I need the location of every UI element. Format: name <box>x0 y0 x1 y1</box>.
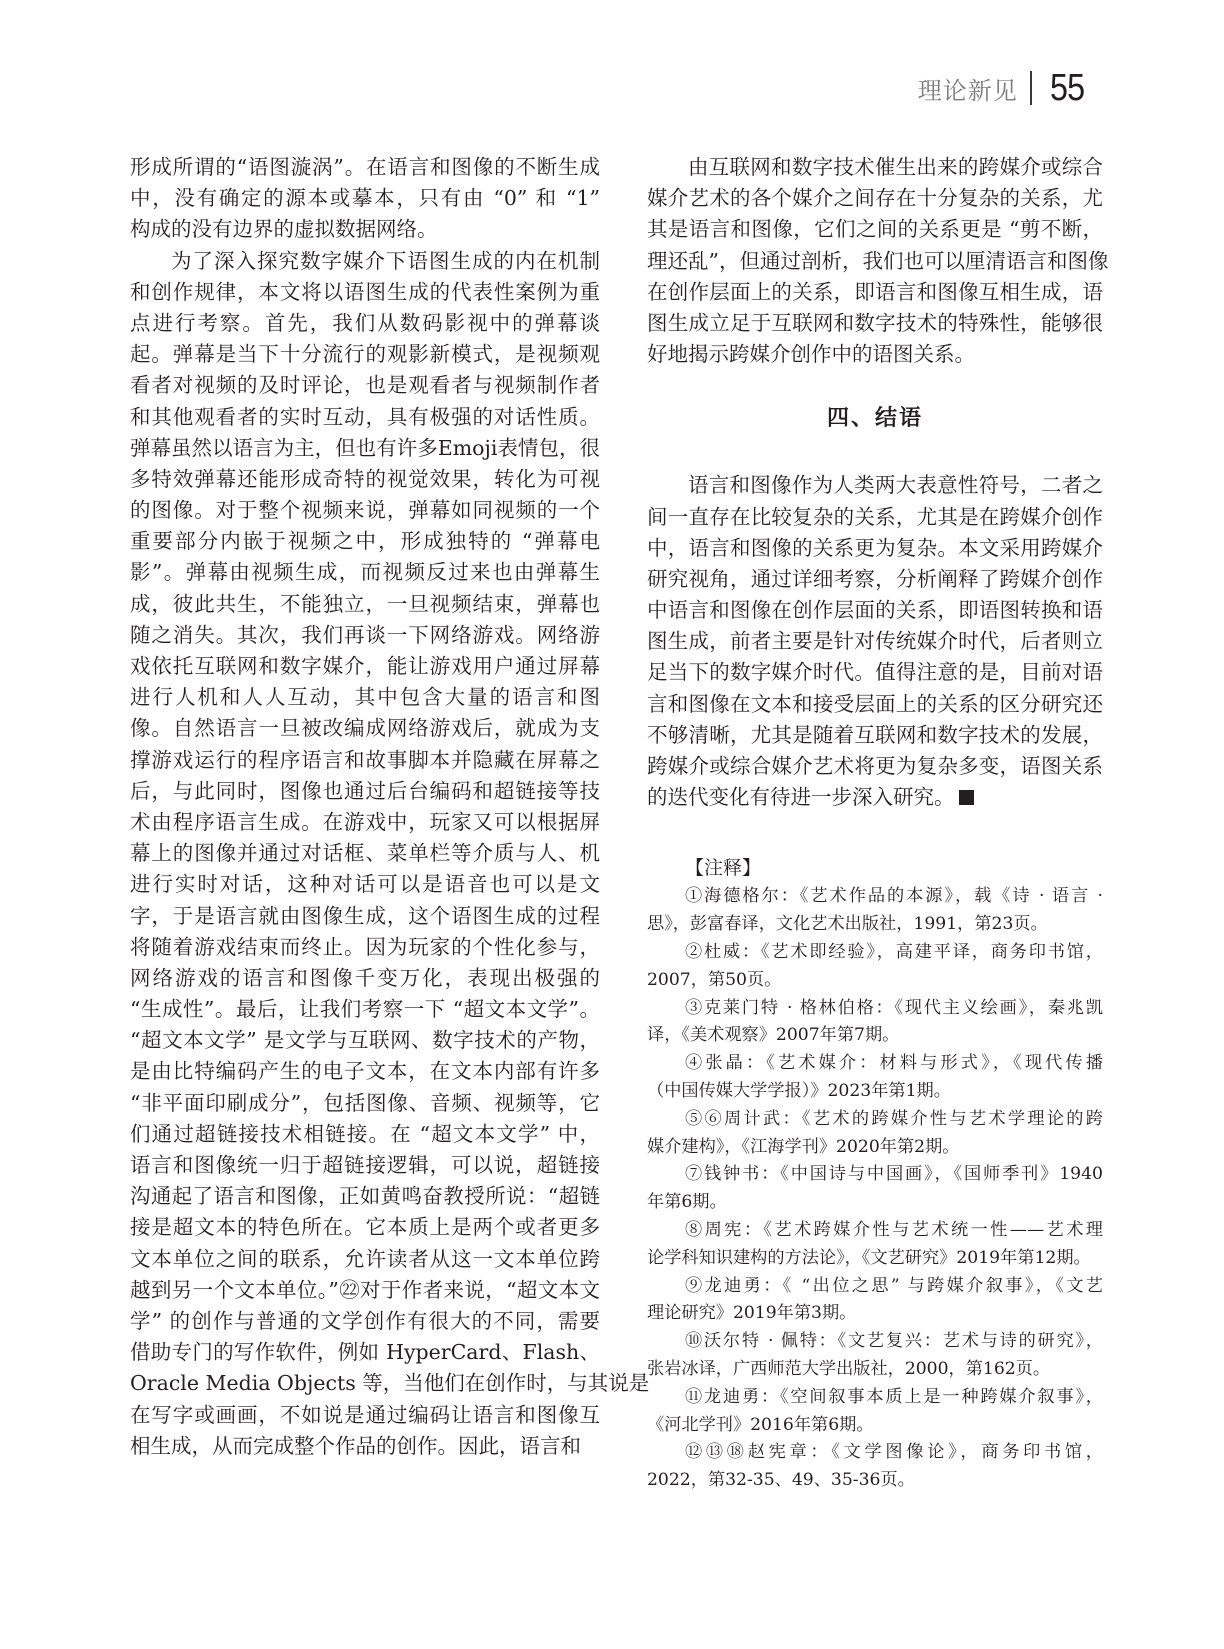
text-line: 由互联网和数字技术催生出来的跨媒介或综合 <box>647 152 1103 183</box>
note-item: ⑫⑬⑱赵宪章：《文学图像论》，商务印书馆， 2022，第32-35、49、35-… <box>647 1439 1103 1495</box>
note-line: ⑤⑥周计武：《艺术的跨媒介性与艺术学理论的跨 <box>647 1106 1103 1134</box>
text-line: 们通过超链接技术相链接。在 “超文本文学” 中， <box>130 1119 600 1150</box>
paragraph: 形成所谓的“语图漩涡”。在语言和图像的不断生成 中，没有确定的源本或摹本，只有由… <box>130 152 600 246</box>
text-line: 点进行考察。首先，我们从数码影视中的弹幕谈 <box>130 308 600 339</box>
section-name: 理论新见 <box>918 71 1018 106</box>
text-line: 学” 的创作与普通的文学创作有很大的不同，需要 <box>130 1306 600 1337</box>
note-item: ③克莱门特 · 格林伯格：《现代主义绘画》，秦兆凯 译，《美术观察》2007年第… <box>647 995 1103 1051</box>
note-item: ①海德格尔：《艺术作品的本源》，载《诗 · 语言 · 思》，彭富春译，文化艺术出… <box>647 883 1103 939</box>
text-line: 理还乱”，但通过剖析，我们也可以厘清语言和图像 <box>647 246 1103 277</box>
note-line: ②杜威：《艺术即经验》，高建平译，商务印书馆， <box>647 939 1103 967</box>
note-line: 张岩冰译，广西师范大学出版社，2000，第162页。 <box>647 1356 1103 1384</box>
text-line: 间一直存在比较复杂的关系，尤其是在跨媒介创作 <box>647 502 1103 533</box>
note-line: ⑫⑬⑱赵宪章：《文学图像论》，商务印书馆， <box>647 1439 1103 1467</box>
note-line: ⑨龙迪勇：《 “出位之思” 与跨媒介叙事》，《文艺 <box>647 1273 1103 1301</box>
text-line-with-end-mark: 的迭代变化有待进一步深入研究。 <box>647 782 1103 813</box>
text-line: 的迭代变化有待进一步深入研究。 <box>647 785 955 809</box>
note-line: 论学科知识建构的方法论》，《文艺研究》2019年第12期。 <box>647 1245 1103 1273</box>
note-item: ⑦钱钟书：《中国诗与中国画》，《国师季刊》1940 年第6期。 <box>647 1161 1103 1217</box>
text-line: 在创作层面上的关系，即语言和图像互相生成，语 <box>647 277 1103 308</box>
text-line: 进行实时对话，这种对话可以是语音也可以是文 <box>130 869 600 900</box>
notes-section: 【注释】 ①海德格尔：《艺术作品的本源》，载《诗 · 语言 · 思》，彭富春译，… <box>647 853 1103 1495</box>
note-item: ⑤⑥周计武：《艺术的跨媒介性与艺术学理论的跨 媒介建构》，《江海学刊》2020年… <box>647 1106 1103 1162</box>
note-line: ④张晶：《艺术媒介：材料与形式》，《现代传播 <box>647 1050 1103 1078</box>
paragraph: 为了深入探究数字媒介下语图生成的内在机制 和创作规律，本文将以语图生成的代表性案… <box>130 246 600 1462</box>
notes-title: 【注释】 <box>647 853 1103 883</box>
note-line: ①海德格尔：《艺术作品的本源》，载《诗 · 语言 · <box>647 883 1103 911</box>
text-line: Oracle Media Objects 等，当他们在创作时，与其说是 <box>130 1368 600 1399</box>
text-line: 媒介艺术的各个媒介之间存在十分复杂的关系，尤 <box>647 183 1103 214</box>
text-line: 中，语言和图像的关系更为复杂。本文采用跨媒介 <box>647 533 1103 564</box>
text-line: “非平面印刷成分”，包括图像、音频、视频等，它 <box>130 1088 600 1119</box>
text-line: 语言和图像统一归于超链接逻辑，可以说，超链接 <box>130 1150 600 1181</box>
note-line: 理论研究》2019年第3期。 <box>647 1300 1103 1328</box>
right-column: 由互联网和数字技术催生出来的跨媒介或综合 媒介艺术的各个媒介之间存在十分复杂的关… <box>647 152 1103 1495</box>
section-heading: 四、结语 <box>647 398 1103 440</box>
note-line: 媒介建构》，《江海学刊》2020年第2期。 <box>647 1134 1103 1162</box>
text-line: 是由比特编码产生的电子文本，在文本内部有许多 <box>130 1056 600 1087</box>
note-item: ④张晶：《艺术媒介：材料与形式》，《现代传播 （中国传媒大学学报）》2023年第… <box>647 1050 1103 1106</box>
note-line: （中国传媒大学学报）》2023年第1期。 <box>647 1078 1103 1106</box>
text-line: 足当下的数字媒介时代。值得注意的是，目前对语 <box>647 657 1103 688</box>
text-line: “生成性”。最后，让我们考察一下 “超文本文学”。 <box>130 994 600 1025</box>
text-line: 弹幕虽然以语言为主，但也有许多Emoji表情包，很 <box>130 433 600 464</box>
text-line: 不够清晰，尤其是随着互联网和数字技术的发展， <box>647 720 1103 751</box>
text-line: 网络游戏的语言和图像千变万化，表现出极强的 <box>130 963 600 994</box>
text-line: 字，于是语言就由图像生成，这个语图生成的过程 <box>130 901 600 932</box>
text-line: 戏依托互联网和数字媒介，能让游戏用户通过屏幕 <box>130 651 600 682</box>
note-item: ⑧周宪：《艺术跨媒介性与艺术统一性——艺术理 论学科知识建构的方法论》，《文艺研… <box>647 1217 1103 1273</box>
text-line: 构成的没有边界的虚拟数据网络。 <box>130 214 600 245</box>
text-line: 图生成，前者主要是针对传统媒介时代，后者则立 <box>647 626 1103 657</box>
note-line: ⑦钱钟书：《中国诗与中国画》，《国师季刊》1940 <box>647 1161 1103 1189</box>
text-line: 中语言和图像在创作层面的关系，即语图转换和语 <box>647 595 1103 626</box>
text-line: 形成所谓的“语图漩涡”。在语言和图像的不断生成 <box>130 152 600 183</box>
text-line: 为了深入探究数字媒介下语图生成的内在机制 <box>130 246 600 277</box>
text-line: 术由程序语言生成。在游戏中，玩家又可以根据屏 <box>130 807 600 838</box>
text-line: 像。自然语言一旦被改编成网络游戏后，就成为支 <box>130 713 600 744</box>
text-line: 沟通起了语言和图像，正如黄鸣奋教授所说：“超链 <box>130 1181 600 1212</box>
note-item: ⑨龙迪勇：《 “出位之思” 与跨媒介叙事》，《文艺 理论研究》2019年第3期。 <box>647 1273 1103 1329</box>
note-line: ⑩沃尔特 · 佩特：《文艺复兴：艺术与诗的研究》， <box>647 1328 1103 1356</box>
intro-paragraph: 由互联网和数字技术催生出来的跨媒介或综合 媒介艺术的各个媒介之间存在十分复杂的关… <box>647 152 1103 370</box>
text-line: 随之消失。其次，我们再谈一下网络游戏。网络游 <box>130 620 600 651</box>
text-line: 相生成，从而完成整个作品的创作。因此，语言和 <box>130 1431 600 1462</box>
text-line: 文本单位之间的联系，允许读者从这一文本单位跨 <box>130 1244 600 1275</box>
note-line: 《河北学刊》2016年第6期。 <box>647 1412 1103 1440</box>
text-line: 成，彼此共生，不能独立，一旦视频结束，弹幕也 <box>130 589 600 620</box>
note-line: ⑧周宪：《艺术跨媒介性与艺术统一性——艺术理 <box>647 1217 1103 1245</box>
text-line: 多特效弹幕还能形成奇特的视觉效果，转化为可视 <box>130 464 600 495</box>
note-item: ⑪龙迪勇：《空间叙事本质上是一种跨媒介叙事》， 《河北学刊》2016年第6期。 <box>647 1384 1103 1440</box>
running-head: 理论新见 55 <box>918 66 1090 110</box>
text-line: 中，没有确定的源本或摹本，只有由 “0” 和 “1” <box>130 183 600 214</box>
text-line: 和创作规律，本文将以语图生成的代表性案例为重 <box>130 277 600 308</box>
left-column: 形成所谓的“语图漩涡”。在语言和图像的不断生成 中，没有确定的源本或摹本，只有由… <box>130 152 600 1462</box>
text-line: 接是超文本的特色所在。它本质上是两个或者更多 <box>130 1212 600 1243</box>
text-line: 在写字或画画，不如说是通过编码让语言和图像互 <box>130 1400 600 1431</box>
note-item: ②杜威：《艺术即经验》，高建平译，商务印书馆， 2007，第50页。 <box>647 939 1103 995</box>
text-line: 起。弹幕是当下十分流行的观影新模式，是视频观 <box>130 339 600 370</box>
conclusion-paragraph: 语言和图像作为人类两大表意性符号，二者之 间一直存在比较复杂的关系，尤其是在跨媒… <box>647 470 1103 813</box>
note-line: 思》，彭富春译，文化艺术出版社，1991，第23页。 <box>647 911 1103 939</box>
note-line: 2007，第50页。 <box>647 967 1103 995</box>
text-line: 后，与此同时，图像也通过后台编码和超链接等技 <box>130 776 600 807</box>
text-line: 看者对视频的及时评论，也是观看者与视频制作者 <box>130 370 600 401</box>
text-line: 幕上的图像并通过对话框、菜单栏等介质与人、机 <box>130 838 600 869</box>
text-line: 和其他观看者的实时互动，具有极强的对话性质。 <box>130 402 600 433</box>
note-item: ⑩沃尔特 · 佩特：《文艺复兴：艺术与诗的研究》， 张岩冰译，广西师范大学出版社… <box>647 1328 1103 1384</box>
note-line: ③克莱门特 · 格林伯格：《现代主义绘画》，秦兆凯 <box>647 995 1103 1023</box>
text-line: 借助专门的写作软件，例如 HyperCard、Flash、 <box>130 1337 600 1368</box>
text-line: 越到另一个文本单位。”㉒对于作者来说，“超文本文 <box>130 1275 600 1306</box>
text-line: 进行人机和人人互动，其中包含大量的语言和图 <box>130 682 600 713</box>
text-line: 重要部分内嵌于视频之中，形成独特的 “弹幕电 <box>130 526 600 557</box>
text-line: 语言和图像作为人类两大表意性符号，二者之 <box>647 470 1103 501</box>
text-line: 研究视角，通过详细考察，分析阐释了跨媒介创作 <box>647 564 1103 595</box>
note-line: ⑪龙迪勇：《空间叙事本质上是一种跨媒介叙事》， <box>647 1384 1103 1412</box>
text-line: 影”。弹幕由视频生成，而视频反过来也由弹幕生 <box>130 557 600 588</box>
text-line: “超文本文学” 是文学与互联网、数字技术的产物， <box>130 1025 600 1056</box>
text-line: 好地揭示跨媒介创作中的语图关系。 <box>647 339 1103 370</box>
text-line: 图生成立足于互联网和数字技术的特殊性，能够很 <box>647 308 1103 339</box>
note-line: 译，《美术观察》2007年第7期。 <box>647 1022 1103 1050</box>
header-divider <box>1030 71 1032 105</box>
text-line: 将随着游戏结束而终止。因为玩家的个性化参与， <box>130 932 600 963</box>
text-line: 其是语言和图像，它们之间的关系更是 “剪不断， <box>647 214 1103 245</box>
page-number: 55 <box>1050 67 1084 110</box>
text-line: 言和图像在文本和接受层面上的关系的区分研究还 <box>647 689 1103 720</box>
text-line: 撑游戏运行的程序语言和故事脚本并隐藏在屏幕之 <box>130 745 600 776</box>
note-line: 年第6期。 <box>647 1189 1103 1217</box>
text-line: 的图像。对于整个视频来说，弹幕如同视频的一个 <box>130 495 600 526</box>
note-line: 2022，第32-35、49、35-36页。 <box>647 1467 1103 1495</box>
text-line: 跨媒介或综合媒介艺术将更为复杂多变，语图关系 <box>647 751 1103 782</box>
end-of-article-mark-icon <box>959 790 974 805</box>
